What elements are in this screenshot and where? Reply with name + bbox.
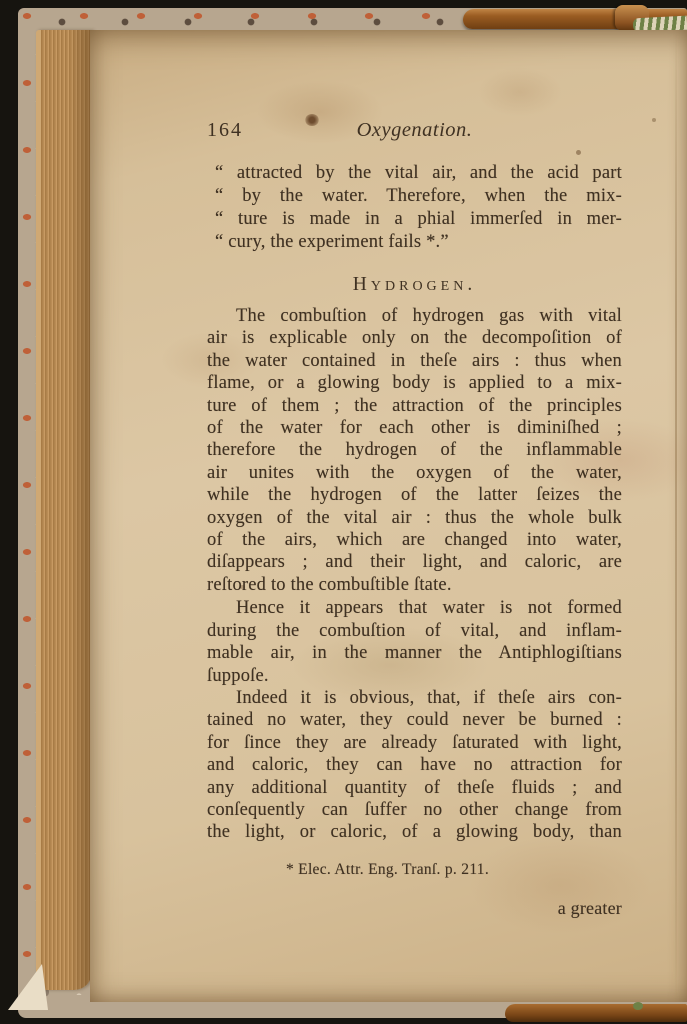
page-content: 164 Oxygenation. “ attracted by the vita… <box>90 30 687 1002</box>
text-line: of the water for each other is diminiſhe… <box>207 417 622 439</box>
text-line: during the combuſtion of vital, and infl… <box>207 620 622 642</box>
text-line: the water contained in theſe airs : thus… <box>207 350 622 372</box>
text-line: “ ture is made in a phial immerſed in me… <box>215 208 622 231</box>
text-line: flame, or a glowing body is applied to a… <box>207 372 622 394</box>
text-line: mable air, in the manner the Antiphlogiſ… <box>207 642 622 664</box>
running-head: Oxygenation. <box>207 118 622 142</box>
text-line: for ſince they are already ſaturated wit… <box>207 732 622 754</box>
text-line: Indeed it is obvious, that, if theſe air… <box>207 687 622 709</box>
text-line: ture of them ; the attraction of the pri… <box>207 395 622 417</box>
text-line: oxygen of the vital air : thus the whole… <box>207 507 622 529</box>
footnote: * Elec. Attr. Eng. Tranſ. p. 211. <box>207 860 622 879</box>
text-line: air unites with the oxygen of the water, <box>207 462 622 484</box>
paragraph: The combuſtion of hydrogen gas with vita… <box>207 305 622 596</box>
quotation-block: “ attracted by the vital air, and the ac… <box>207 162 622 254</box>
leather-spine-bottom <box>505 1004 687 1022</box>
text-line: of the airs, which are changed into wate… <box>207 529 622 551</box>
text-line: while the hydrogen of the latter ſeizes … <box>207 484 622 506</box>
text-line: reſtored to the combuſtible ſtate. <box>207 574 622 596</box>
text-line: Hence it appears that water is not forme… <box>207 597 622 619</box>
paragraph: Hence it appears that water is not forme… <box>207 597 622 687</box>
text-line: the light, or caloric, of a glowing body… <box>207 821 622 843</box>
text-line: diſappears ; and their light, and calori… <box>207 551 622 573</box>
text-line: air is explicable only on the decompoſit… <box>207 327 622 349</box>
paragraph: Indeed it is obvious, that, if theſe air… <box>207 687 622 844</box>
text-line: conſequently can ſuffer no other change … <box>207 799 622 821</box>
text-line: “ attracted by the vital air, and the ac… <box>215 162 622 185</box>
headband-speck <box>633 1002 643 1010</box>
page-fore-edge <box>36 30 92 990</box>
catchword: a greater <box>207 898 622 919</box>
text-line: ſuppoſe. <box>207 665 622 687</box>
book-photograph: 164 Oxygenation. “ attracted by the vita… <box>0 0 687 1024</box>
text-line: The combuſtion of hydrogen gas with vita… <box>207 305 622 327</box>
text-line: “ cury, the experiment fails *.” <box>215 231 622 254</box>
book-page: 164 Oxygenation. “ attracted by the vita… <box>90 30 687 1002</box>
page-header: 164 Oxygenation. <box>207 118 622 142</box>
section-heading: Hydrogen. <box>207 274 622 296</box>
text-line: and caloric, they can have no attraction… <box>207 754 622 776</box>
text-line: “ by the water. Therefore, when the mix- <box>215 185 622 208</box>
text-line: tained no water, they could never be bur… <box>207 709 622 731</box>
text-line: therefore the hydrogen of the inflammabl… <box>207 439 622 461</box>
text-line: any additional quantity of theſe fluids … <box>207 777 622 799</box>
